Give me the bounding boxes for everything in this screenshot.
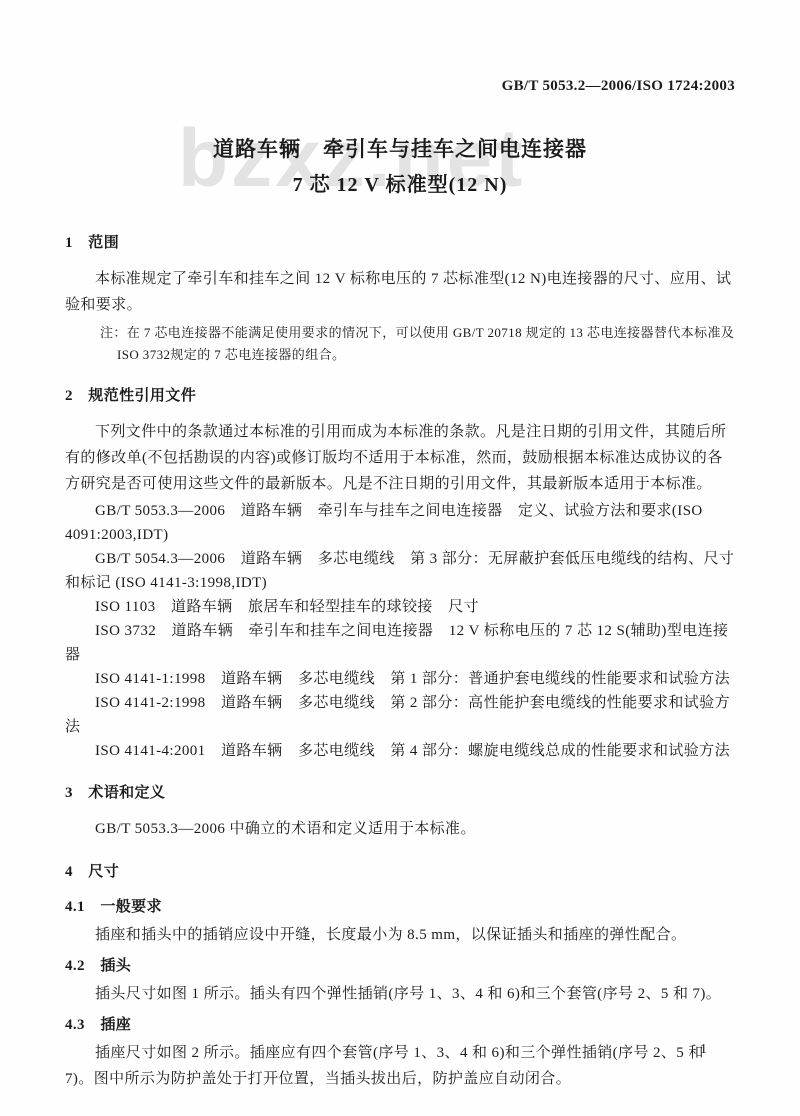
subsection-heading-4-3: 4.3 插座 bbox=[65, 1013, 735, 1038]
reference-item-1: GB/T 5053.3—2006 道路车辆 牵引车与挂车之间电连接器 定义、试验… bbox=[65, 499, 735, 547]
document-title-line1: 道路车辆 牵引车与挂车之间电连接器 bbox=[65, 131, 735, 167]
document-title: 道路车辆 牵引车与挂车之间电连接器 7 芯 12 V 标准型(12 N) bbox=[65, 131, 735, 203]
reference-item-7: ISO 4141-4:2001 道路车辆 多芯电缆线 第 4 部分：螺旋电缆线总… bbox=[65, 739, 735, 763]
reference-item-6: ISO 4141-2:1998 道路车辆 多芯电缆线 第 2 部分：高性能护套电… bbox=[65, 691, 735, 739]
paragraph-4-2: 插头尺寸如图 1 所示。插头有四个弹性插销(序号 1、3、4 和 6)和三个套管… bbox=[65, 981, 735, 1007]
paragraph-terms: GB/T 5053.3—2006 中确立的术语和定义适用于本标准。 bbox=[65, 816, 735, 842]
section-heading-2: 2 规范性引用文件 bbox=[65, 384, 735, 409]
paragraph-4-1: 插座和插头中的插销应设中开缝，长度最小为 8.5 mm，以保证插头和插座的弹性配… bbox=[65, 922, 735, 948]
note-scope: 注：在 7 芯电连接器不能满足使用要求的情况下，可以使用 GB/T 20718 … bbox=[65, 322, 735, 366]
subsection-heading-4-1: 4.1 一般要求 bbox=[65, 895, 735, 920]
reference-item-2: GB/T 5054.3—2006 道路车辆 多芯电缆线 第 3 部分：无屏蔽护套… bbox=[65, 547, 735, 595]
paragraph-normative-refs: 下列文件中的条款通过本标准的引用而成为本标准的条款。凡是注日期的引用文件，其随后… bbox=[65, 419, 735, 497]
section-heading-4: 4 尺寸 bbox=[65, 860, 735, 885]
subsection-heading-4-2: 4.2 插头 bbox=[65, 954, 735, 979]
reference-item-3: ISO 1103 道路车辆 旅居车和轻型挂车的球铰接 尺寸 bbox=[65, 595, 735, 619]
reference-item-4: ISO 3732 道路车辆 牵引车和挂车之间电连接器 12 V 标称电压的 7 … bbox=[65, 619, 735, 667]
reference-item-5: ISO 4141-1:1998 道路车辆 多芯电缆线 第 1 部分：普通护套电缆… bbox=[65, 667, 735, 691]
document-page: bzxz.net GB/T 5053.2—2006/ISO 1724:2003 … bbox=[0, 0, 800, 1116]
section-heading-1: 1 范围 bbox=[65, 231, 735, 256]
paragraph-scope: 本标准规定了牵引车和挂车之间 12 V 标称电压的 7 芯标准型(12 N)电连… bbox=[65, 266, 735, 318]
document-title-line2: 7 芯 12 V 标准型(12 N) bbox=[65, 167, 735, 203]
page-number: 1 bbox=[700, 1042, 707, 1058]
section-heading-3: 3 术语和定义 bbox=[65, 781, 735, 806]
document-body: 1 范围本标准规定了牵引车和挂车之间 12 V 标称电压的 7 芯标准型(12 … bbox=[65, 231, 735, 1092]
standard-code-header: GB/T 5053.2—2006/ISO 1724:2003 bbox=[65, 78, 735, 95]
paragraph-4-3: 插座尺寸如图 2 所示。插座应有四个套管(序号 1、3、4 和 6)和三个弹性插… bbox=[65, 1040, 735, 1092]
